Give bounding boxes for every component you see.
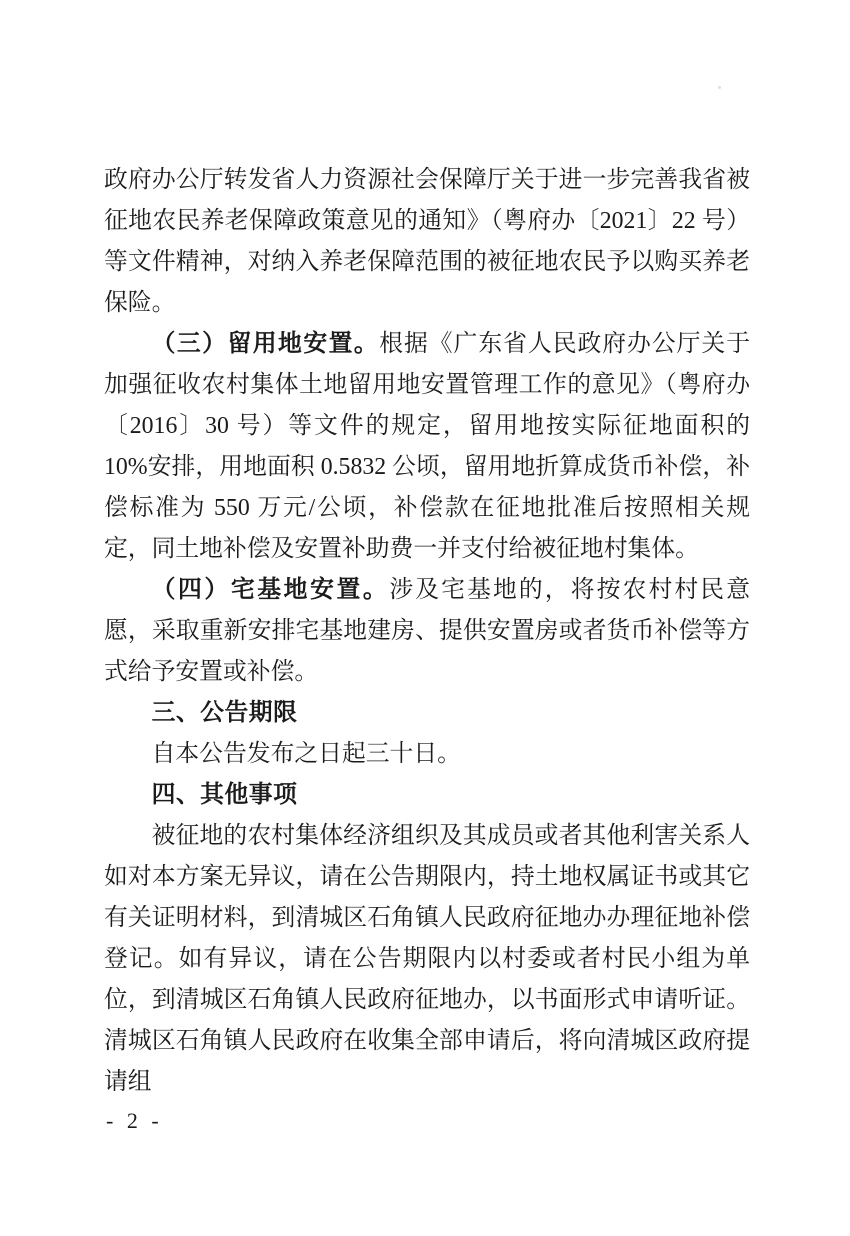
body-text: 被征地的农村集体经济组织及其成员或者其他利害关系人如对本方案无异议，请在公告期限… [104,823,750,1095]
bold-heading-text: 三、公告期限 [152,700,298,726]
para-reserved-land-resettlement: （三）留用地安置。根据《广东省人民政府办公厅关于加强征收农村集体土地留用地安置管… [104,324,750,570]
body-text: 根据《广东省人民政府办公厅关于加强征收农村集体土地留用地安置管理工作的意见》（粤… [104,331,750,562]
para-notice-period: 自本公告发布之日起三十日。 [104,734,750,775]
heading-other-matters: 四、其他事项 [104,775,750,816]
document-body: 政府办公厅转发省人力资源社会保障厅关于进一步完善我省被征地农民养老保障政策意见的… [104,160,750,1103]
heading-notice-period: 三、公告期限 [104,693,750,734]
para-other-matters: 被征地的农村集体经济组织及其成员或者其他利害关系人如对本方案无异议，请在公告期限… [104,816,750,1103]
para-homestead-resettlement: （四）宅基地安置。涉及宅基地的，将按农村村民意愿，采取重新安排宅基地建房、提供安… [104,570,750,693]
body-text: 自本公告发布之日起三十日。 [152,741,461,767]
body-text: 政府办公厅转发省人力资源社会保障厅关于进一步完善我省被征地农民养老保障政策意见的… [104,167,750,316]
bold-heading-text: （三）留用地安置。 [152,331,380,357]
bold-heading-text: （四）宅基地安置。 [152,577,390,603]
bold-heading-text: 四、其他事项 [152,782,298,808]
document-page: 政府办公厅转发省人力资源社会保障厅关于进一步完善我省被征地农民养老保障政策意见的… [0,0,850,1236]
para-pension-insurance-continuation: 政府办公厅转发省人力资源社会保障厅关于进一步完善我省被征地农民养老保障政策意见的… [104,160,750,324]
scan-artifact-dot [718,86,721,89]
page-number: - 2 - [106,1108,163,1134]
